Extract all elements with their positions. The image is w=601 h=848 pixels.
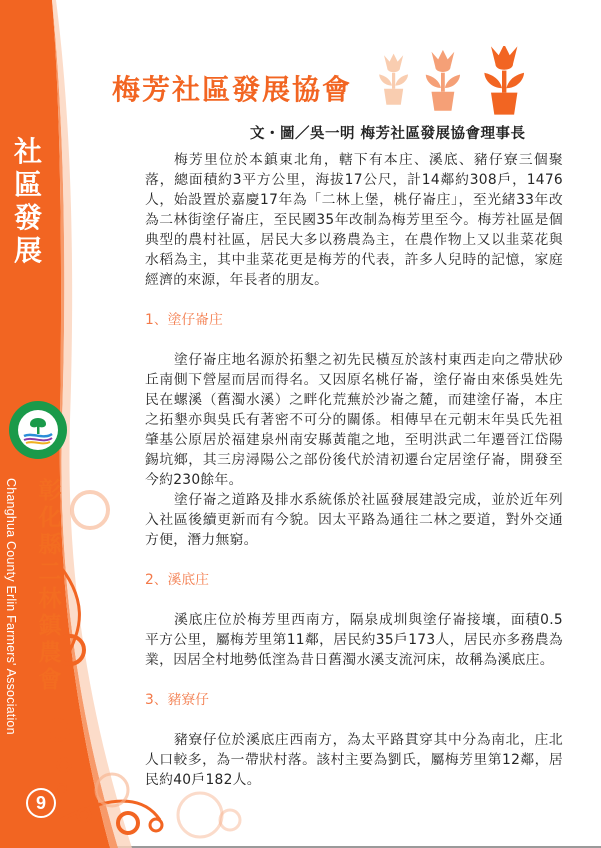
section-label-char: 展 [10,234,46,267]
tulip-pots-icon [368,46,568,120]
magazine-page: 社 區 發 展 Changhua County Erlin Farmers' A… [0,0,601,848]
section-heading: 3、豬寮仔 [145,690,563,710]
association-char: 彰 [36,478,64,505]
article-body: 梅芳里位於本鎮東北角，轄下有本庄、溪底、豬仔寮三個聚落，總面積約3平方公里，海拔… [145,150,563,790]
section-label-char: 區 [10,168,46,201]
section-heading: 1、塗仔崙庄 [145,310,563,330]
intro-paragraph: 梅芳里位於本鎮東北角，轄下有本庄、溪底、豬仔寮三個聚落，總面積約3平方公里，海拔… [145,150,563,290]
farmers-association-logo-icon [8,400,68,460]
association-name-english: Changhua County Erlin Farmers' Associati… [4,478,18,735]
section-label-char: 發 [10,201,46,234]
section-label: 社 區 發 展 [10,135,46,267]
section-paragraph: 溪底庄位於梅芳里西南方，隔泉成圳與塗仔崙接壤，面積0.5平方公里，屬梅芳里第11… [145,610,563,670]
association-char: 化 [36,505,64,532]
association-char: 縣 [36,532,64,559]
association-char: 二 [36,559,64,586]
section-paragraph: 塗仔崙庄地名源於拓墾之初先民橫亙於該村東西走向之帶狀砂丘南側下營屋而居而得名。又… [145,350,563,490]
page-number: 9 [26,788,56,818]
article-title: 梅芳社區發展協會 [112,68,352,108]
association-char: 農 [36,640,64,667]
section-heading: 2、溪底庄 [145,570,563,590]
section-paragraph: 塗仔崙之道路及排水系統係於社區發展建設完成，並於近年列入社區後續更新而有今貌。因… [145,490,563,550]
association-name-chinese: 彰 化 縣 二 林 鎮 農 會 [36,478,64,694]
side-band: 社 區 發 展 Changhua County Erlin Farmers' A… [0,0,120,848]
section-paragraph: 豬寮仔位於溪底庄西南方，為太平路貫穿其中分為南北，庄北人口較多，為一帶狀村落。該… [145,730,563,790]
author-byline: 文・圖／吳一明 梅芳社區發展協會理事長 [250,122,526,143]
association-char: 鎮 [36,613,64,640]
association-char: 林 [36,586,64,613]
association-char: 會 [36,667,64,694]
section-label-char: 社 [10,135,46,168]
